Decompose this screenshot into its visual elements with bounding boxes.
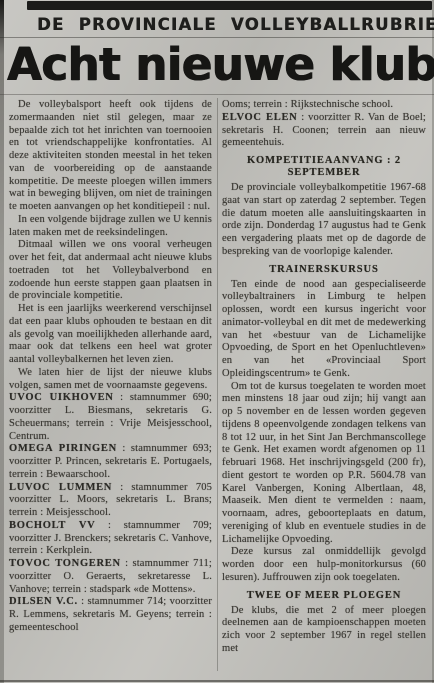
section-heading-twee-of-meer-ploegen: TWEE OF MEER PLOEGEN	[232, 590, 416, 602]
club-entry: OMEGA PIRINGEN : stamnummer 693; voorzit…	[9, 443, 212, 481]
paragraph: De provinciale volleybalkompetitie 1967-…	[222, 182, 426, 259]
paragraph: We laten hier de lijst der nieuwe klubs …	[9, 367, 212, 393]
paragraph-intro: De volleybalsport heeft ook tijdens de z…	[9, 99, 212, 214]
club-name: BOCHOLT VV	[9, 520, 95, 531]
article-body: De volleybalsport heeft ook tijdens de z…	[0, 95, 434, 671]
newspaper-clipping: DE PROVINCIALE VOLLEYBALLRUBRIEK Acht ni…	[0, 0, 434, 683]
club-name: TOVOC TONGEREN	[9, 558, 121, 569]
section-heading-trainerskursus: TRAINERSKURSUS	[232, 264, 416, 276]
paragraph: Ten einde de nood aan gespecialiseerde v…	[222, 279, 426, 381]
paragraph: Het is een jaarlijks weerkerend verschij…	[9, 303, 212, 367]
section-kicker: DE PROVINCIALE VOLLEYBALLRUBRIEK	[0, 15, 434, 34]
club-name: UVOC UIKHOVEN	[9, 392, 114, 403]
club-name: LUVOC LUMMEN	[9, 482, 112, 493]
continuation-fragment: Ooms; terrein : Rijkstechnische school.	[222, 99, 426, 112]
club-entry: UVOC UIKHOVEN : stamnummer 690; voorzitt…	[9, 392, 212, 443]
club-entry: ELVOC ELEN : voorzitter R. Van de Boel; …	[222, 112, 426, 150]
top-border-bar	[27, 1, 432, 10]
paragraph: Deze kursus zal onmiddellijk gevolgd wor…	[222, 546, 426, 584]
paragraph: Om tot de kursus toegelaten te worden mo…	[222, 381, 426, 547]
club-name: DILSEN V.C.	[9, 596, 78, 607]
right-column: Ooms; terrein : Rijkstechnische school. …	[218, 98, 431, 671]
club-entry: TOVOC TONGEREN : stamnummer 711; voorzit…	[9, 558, 212, 596]
headline: Acht nieuwe klubs	[0, 38, 434, 91]
paragraph: Ditmaal willen we ons vooral verheugen o…	[9, 239, 212, 303]
club-entry: DILSEN V.C. : stamnummer 714; voorzitter…	[9, 596, 212, 634]
paragraph: De klubs, die met 2 of meer ploegen deel…	[222, 605, 426, 656]
paragraph: In een volgende bijdrage zullen we U ken…	[9, 214, 212, 240]
club-name: OMEGA PIRINGEN	[9, 443, 117, 454]
masthead: DE PROVINCIALE VOLLEYBALLRUBRIEK Acht ni…	[0, 0, 434, 91]
bottom-border	[0, 680, 434, 682]
club-name: ELVOC ELEN	[222, 112, 297, 123]
club-entry: LUVOC LUMMEN : stamnummer 705 voorzitter…	[9, 482, 212, 520]
section-heading-kompetitieaanvang: KOMPETITIEAANVANG : 2 SEPTEMBER	[232, 155, 416, 179]
club-entry: BOCHOLT VV : stamnummer 709; voorzitter …	[9, 520, 212, 558]
left-column: De volleybalsport heeft ook tijdens de z…	[5, 98, 218, 671]
